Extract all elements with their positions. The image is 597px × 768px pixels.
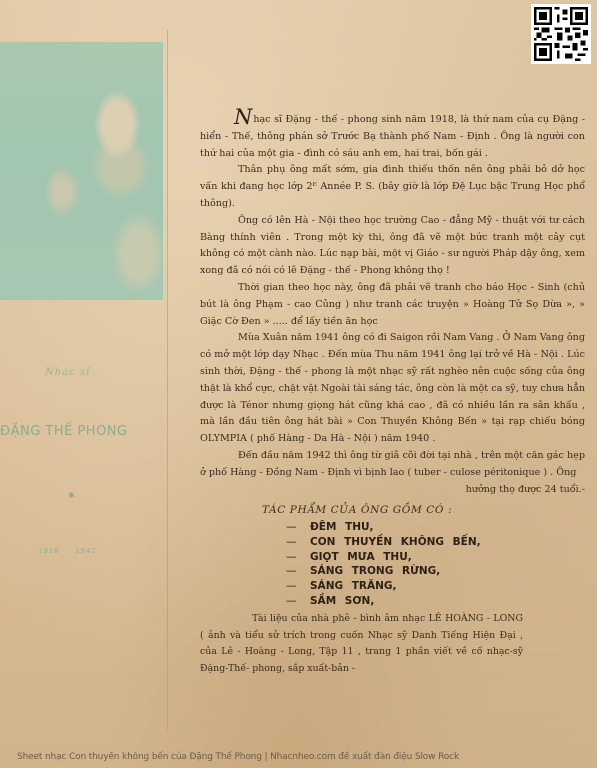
cover-composer-name: ĐẶNG THẾ PHONG bbox=[0, 424, 128, 439]
biography-paragraph: Mùa Xuân năm 1941 ông có đi Saigon rồi N… bbox=[200, 330, 585, 448]
dash-icon: — bbox=[286, 564, 310, 579]
cover-fold-line bbox=[167, 30, 168, 730]
cover-script-text: Nhạc sĩ bbox=[45, 367, 90, 378]
dash-icon: — bbox=[286, 594, 310, 609]
biography-paragraph: Thời gian theo học này, ông đã phải vẽ t… bbox=[200, 280, 585, 330]
works-heading: TÁC PHẨM CỦA ÔNG GỒM CÓ : bbox=[262, 504, 452, 516]
biography-text: Nhạc sĩ Đặng - thế - phong sinh năm 1918… bbox=[200, 110, 585, 498]
work-item: —GIỌT MƯA THU, bbox=[286, 550, 481, 565]
dash-icon: — bbox=[286, 579, 310, 594]
work-item: —SÁNG TRĂNG, bbox=[286, 579, 481, 594]
work-item: —CON THUYỀN KHÔNG BẾN, bbox=[286, 535, 481, 550]
work-item: —SẦM SƠN, bbox=[286, 594, 481, 609]
dash-icon: — bbox=[286, 550, 310, 565]
biography-paragraph: Thân phụ ông mất sớm, gia đình thiếu thố… bbox=[200, 162, 585, 212]
biography-paragraph: Nhạc sĩ Đặng - thế - phong sinh năm 1918… bbox=[200, 110, 585, 162]
qr-code bbox=[531, 4, 591, 64]
work-item: —ĐÊM THU, bbox=[286, 520, 481, 535]
cover-photo-portrait bbox=[0, 42, 163, 300]
biography-closing-line: hưởng thọ được 24 tuổi.- bbox=[200, 482, 585, 499]
sheet-page: Nhạc sĩ ĐẶNG THẾ PHONG ✱ 1918 1942 Nhạc … bbox=[0, 0, 597, 768]
works-list: —ĐÊM THU, —CON THUYỀN KHÔNG BẾN, —GIỌT M… bbox=[286, 520, 481, 609]
cover-star-icon: ✱ bbox=[68, 491, 75, 500]
biography-paragraph: Ông có lên Hà - Nội theo học trường Cao … bbox=[200, 213, 585, 280]
work-item: —SÁNG TRONG RỪNG, bbox=[286, 564, 481, 579]
dash-icon: — bbox=[286, 520, 310, 535]
footer-caption: Sheet nhạc Con thuyền không bến của Đặng… bbox=[17, 752, 459, 762]
cover-years: 1918 1942 bbox=[38, 547, 97, 555]
qr-code-icon bbox=[534, 7, 588, 61]
source-note: Tài liệu của nhà phê - bình âm nhạc LÊ H… bbox=[200, 611, 523, 677]
drop-cap: N bbox=[234, 105, 252, 129]
dash-icon: — bbox=[286, 535, 310, 550]
biography-paragraph: Đến đầu năm 1942 thì ông từ giã cõi đời … bbox=[200, 448, 585, 482]
